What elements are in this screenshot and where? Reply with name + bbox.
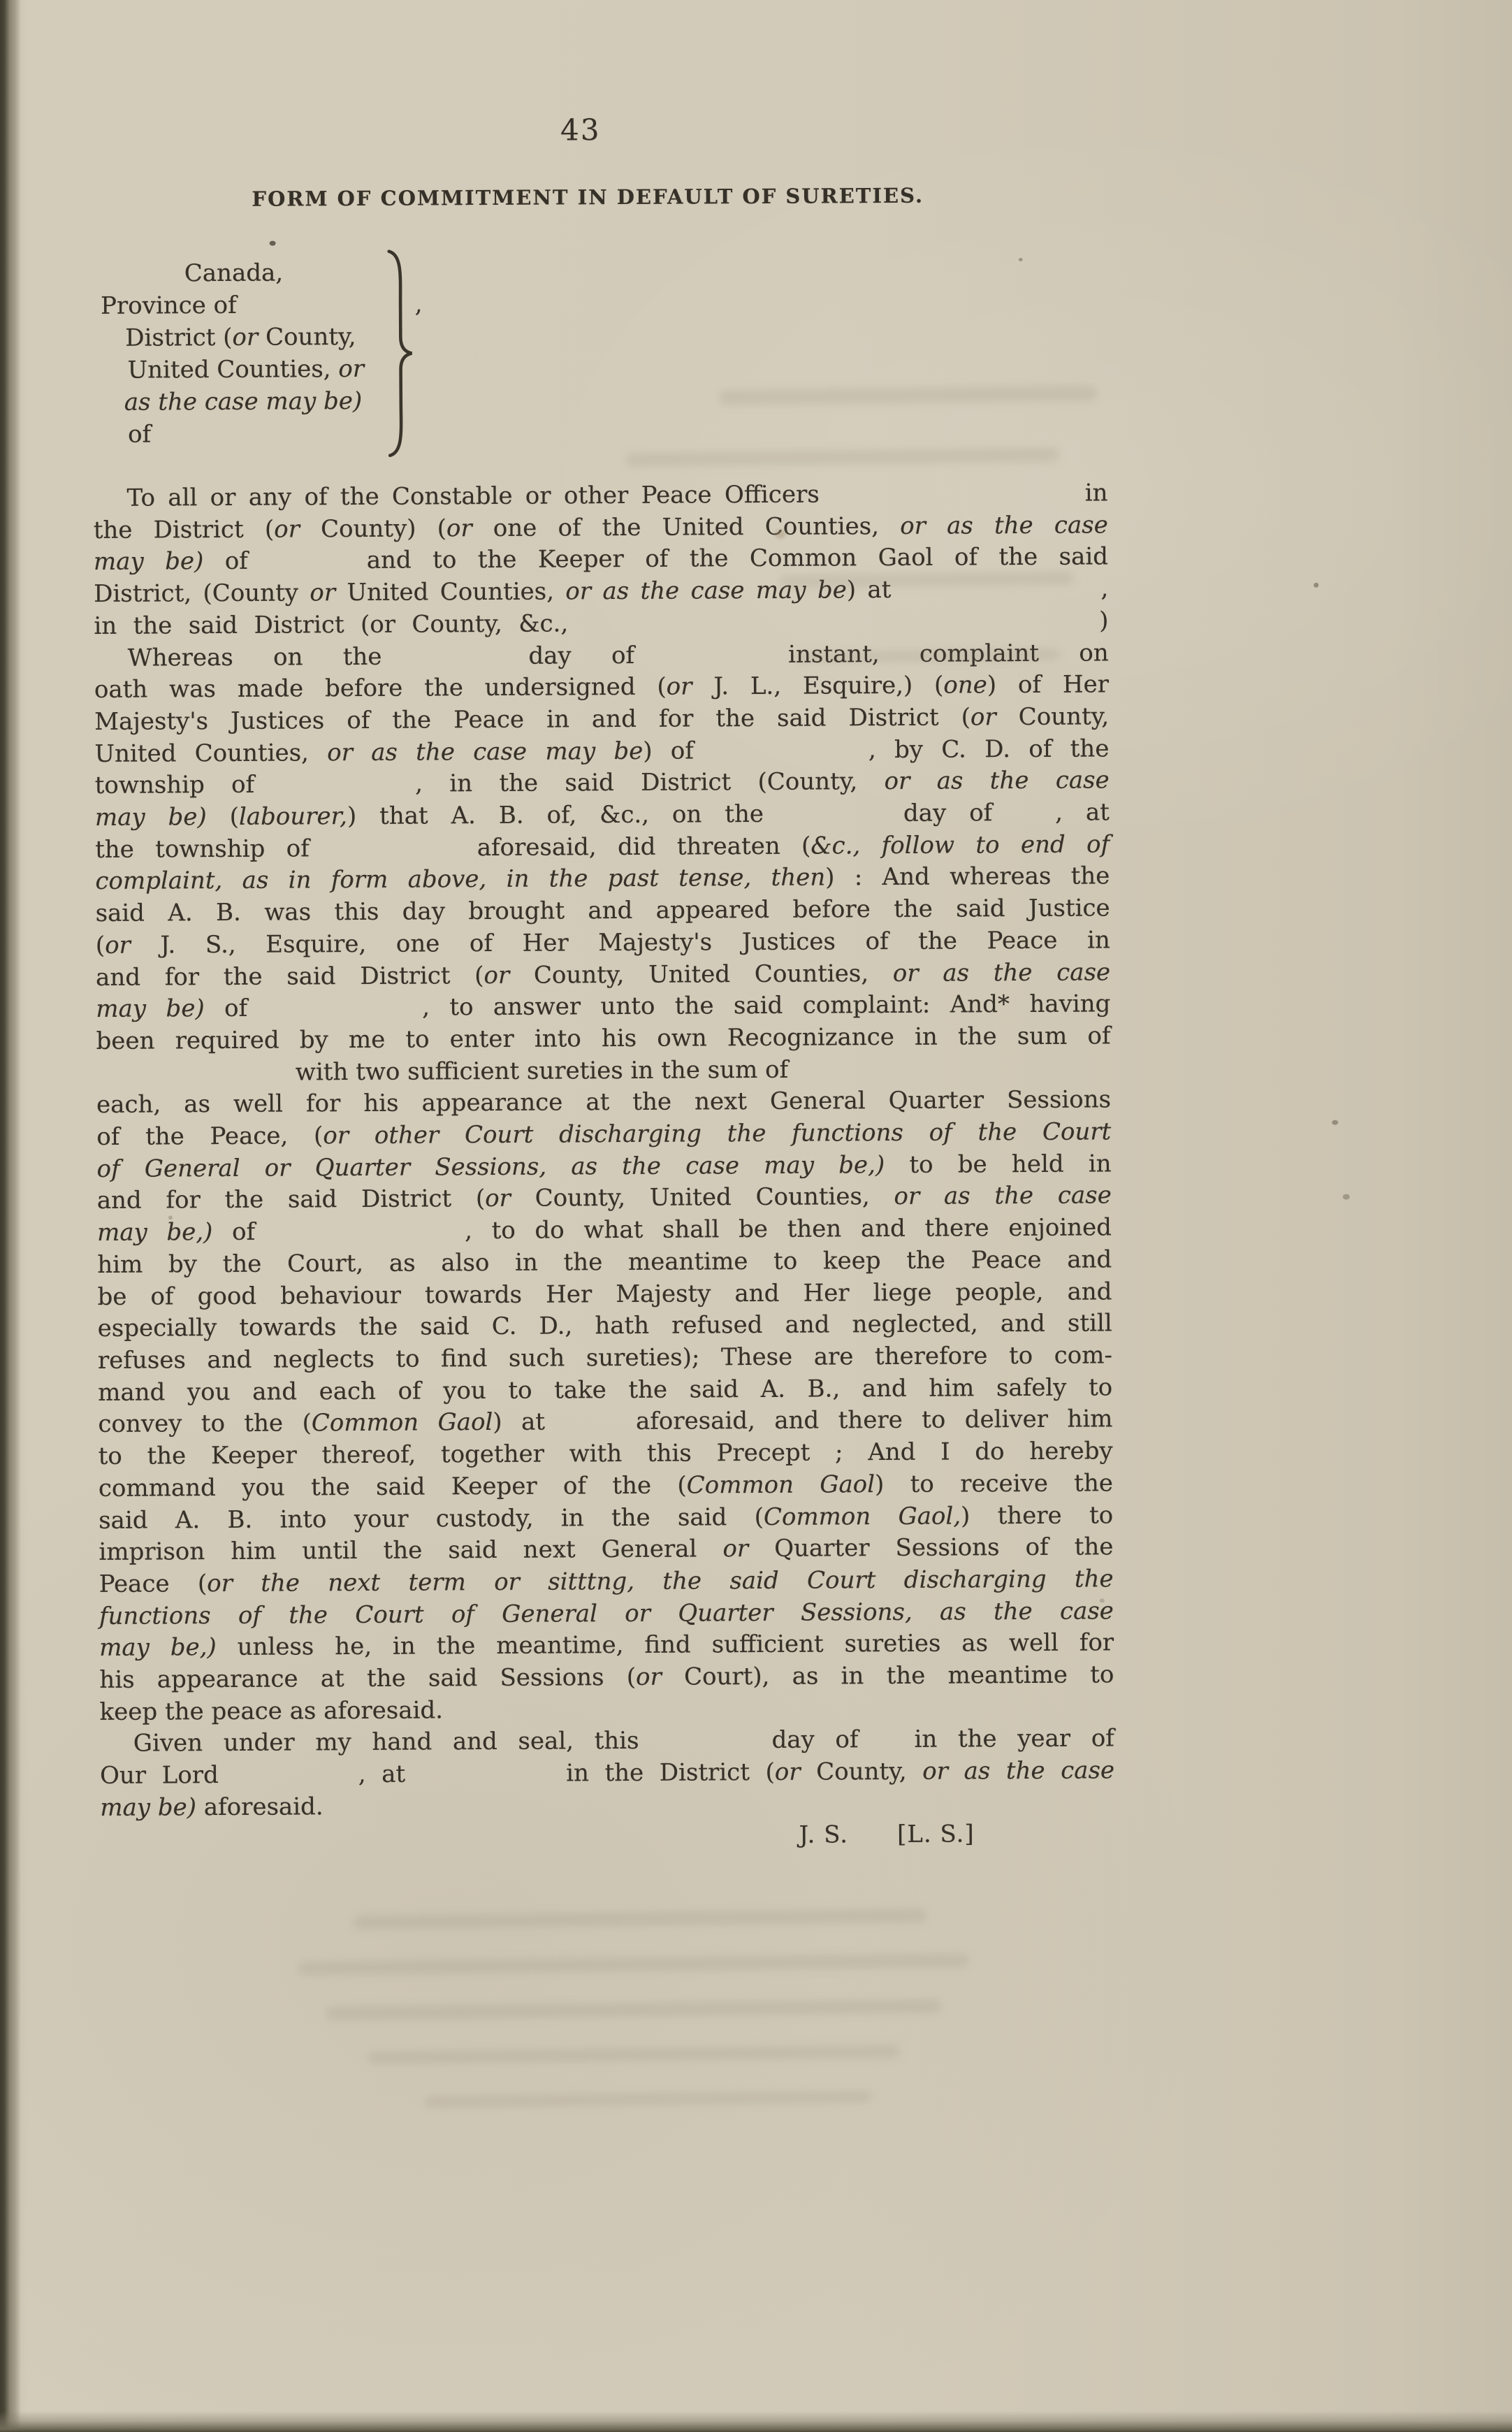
form-line: especially towards the said C. D., hath … (98, 1308, 1112, 1345)
form-title: FORM OF COMMITMENT IN DEFAULT OF SURETIE… (78, 182, 1098, 212)
paper-speck (1343, 1194, 1350, 1200)
italic-text-run: or other Court discharging the functions… (323, 1117, 1111, 1150)
blank-fill-space (382, 663, 529, 664)
text-run: District, (County (94, 579, 310, 608)
text-run: ) (1099, 607, 1108, 635)
italic-text-run: or (636, 1663, 662, 1691)
text-run: especially towards the said C. D., hath … (98, 1310, 1112, 1343)
text-run: been required by me to enter into his ow… (96, 1022, 1110, 1055)
signature-block: J. S.[L. S.] (100, 1809, 1114, 1855)
italic-text-run: or as the case (900, 511, 1108, 540)
form-line: him by the Court, as also in the meantim… (97, 1244, 1112, 1281)
text-run: each, as well for his appearance at the … (96, 1086, 1111, 1120)
text-run: County, (258, 323, 356, 352)
italic-text-run: or as the case (885, 767, 1110, 796)
form-line: imprison him until the said next General… (99, 1532, 1113, 1569)
bleed-through-smudge (368, 2045, 899, 2064)
text-run: , to answer unto the said complaint: And… (422, 990, 1110, 1022)
bleed-through-smudge (424, 2091, 871, 2108)
paper-speck (1314, 583, 1318, 588)
italic-text-run: Common Gaol (687, 1470, 875, 1499)
blank-fill-space (101, 410, 124, 410)
italic-text-run: or (722, 1535, 748, 1563)
text-run: County, United Counties, (509, 960, 893, 990)
italic-text-run: or (310, 579, 335, 607)
text-run: [L. S.] (897, 1820, 975, 1848)
text-run: day of (528, 641, 634, 669)
text-run: of (203, 547, 248, 575)
text-run: Peace ( (99, 1570, 208, 1598)
italic-text-run: may be) (96, 994, 205, 1023)
text-run: of (212, 1218, 255, 1246)
form-line: each, as well for his appearance at the … (96, 1085, 1111, 1122)
text-run: ) : And whereas the (825, 862, 1110, 892)
form-line: mand you and each of you to take the sai… (98, 1372, 1112, 1409)
italic-text-run: Common Gaol, (764, 1502, 961, 1530)
text-run: Court), as in the meantime to (662, 1660, 1114, 1691)
blank-fill-space (94, 665, 128, 665)
form-line: the District (or County) (or one of the … (94, 509, 1108, 547)
form-line: township of, in the said District (Count… (95, 765, 1110, 802)
blank-fill-space (992, 820, 1055, 820)
text-run: of (128, 421, 151, 449)
text-run: , in the said District (County, (415, 767, 885, 798)
text-run: aforesaid, and there to deliver him (636, 1405, 1113, 1436)
blank-fill-space (254, 791, 415, 792)
text-run: township of (95, 771, 255, 799)
text-run: ( (207, 803, 239, 831)
text-run: to be held in (885, 1150, 1112, 1179)
page-bottom-edge (0, 2411, 1512, 2432)
form-line: the township ofaforesaid, did threaten (… (95, 829, 1110, 866)
form-line: may be) (labourer,) that A. B. of, &c., … (95, 797, 1110, 834)
italic-text-run: labourer, (239, 802, 347, 831)
form-line: of General or Quarter Sessions, as the c… (96, 1148, 1111, 1185)
text-run: command you the said Keeper of the ( (99, 1471, 687, 1502)
blank-fill-space (694, 757, 868, 758)
form-line: Given under my hand and seal, thisday of… (100, 1723, 1114, 1760)
text-run: Canada, (184, 259, 284, 288)
bleed-through-smudge (354, 1909, 926, 1930)
blank-fill-space (219, 1781, 358, 1783)
text-run: ( (96, 932, 105, 960)
blank-fill-space (255, 1238, 465, 1240)
blank-fill-space (859, 1746, 915, 1747)
paper-speck (1100, 1598, 1105, 1602)
text-run: Our Lord (100, 1761, 219, 1790)
form-line: command you the said Keeper of the (Comm… (99, 1468, 1113, 1505)
text-run: County, (800, 1758, 922, 1786)
text-run: and for the said District ( (97, 1185, 486, 1215)
text-run: ) there to (961, 1501, 1113, 1530)
italic-text-run: or (274, 515, 300, 543)
text-run: J. L., Esquire,) ( (692, 672, 943, 701)
text-run: of the Peace, ( (96, 1122, 323, 1151)
blank-fill-space (405, 1781, 566, 1782)
bleed-through-smudge (625, 448, 1059, 468)
form-line: said A. B. into your custody, in the sai… (99, 1500, 1113, 1537)
form-line: and for the said District (or County, Un… (96, 957, 1110, 994)
text-run: County, (996, 702, 1110, 731)
blank-fill-space (639, 1747, 772, 1749)
text-run: oath was made before the undersigned ( (94, 673, 667, 704)
italic-text-run: may be,) (97, 1218, 213, 1247)
form-line: functions of the Court of General or Qua… (99, 1595, 1114, 1633)
blank-fill-space (310, 855, 477, 856)
text-run: in (1085, 479, 1108, 507)
form-line: To all or any of the Constable or other … (93, 477, 1107, 514)
form-line: Peace (or the next term or sitttng, the … (99, 1563, 1114, 1600)
text-run: said A. B. was this day brought and appe… (96, 894, 1110, 927)
italic-text-run: or (971, 703, 996, 731)
form-line: convey to the (Common Gaol) ataforesaid,… (98, 1404, 1112, 1441)
text-run: ) at (493, 1408, 545, 1436)
text-run: one of the United Counties, (472, 512, 901, 542)
italic-text-run: complaint, as in form above, in the past… (95, 864, 825, 895)
form-line: and for the said District (or County, Un… (97, 1180, 1112, 1217)
form-line: said A. B. was this day brought and appe… (96, 892, 1110, 929)
blank-fill-space (101, 345, 125, 346)
italic-text-run: or (484, 961, 509, 989)
text-run: day of (771, 1726, 858, 1755)
page-content: 43 FORM OF COMMITMENT IN DEFAULT OF SURE… (0, 0, 1512, 2432)
text-run: To all or any of the Constable or other … (126, 481, 819, 512)
text-run: and for the said District ( (96, 962, 484, 992)
text-run: day of (903, 799, 992, 827)
scanned-book-page: 43 FORM OF COMMITMENT IN DEFAULT OF SURE… (0, 0, 1512, 2432)
form-line: in the said District (or County, &c.,) (94, 605, 1108, 642)
blank-fill-space (94, 505, 127, 506)
text-run: him by the Court, as also in the meantim… (97, 1245, 1112, 1279)
italic-text-run: as the case may be) (124, 387, 363, 417)
text-run: in the said District (or County, &c., (94, 609, 568, 640)
form-line: his appearance at the said Sessions (or … (99, 1659, 1114, 1696)
text-run: Whereas on the (128, 642, 382, 672)
bleed-through-smudge (298, 1953, 968, 1976)
text-run: aforesaid, did threaten ( (477, 832, 811, 862)
bleed-through-smudge (720, 386, 1097, 406)
text-run: Quarter Sessions of the (748, 1533, 1113, 1563)
text-run: imprison him until the said next General (99, 1535, 722, 1566)
italic-text-run: or (338, 355, 364, 383)
italic-text-run: or (485, 1185, 511, 1213)
blank-fill-space (634, 661, 788, 663)
text-run: ) of (643, 737, 694, 765)
form-line: complaint, as in form above, in the past… (95, 861, 1110, 898)
blank-fill-space (101, 377, 128, 378)
text-run: the District ( (94, 515, 275, 544)
text-run: ) that A. B. of, &c., on the (347, 800, 764, 830)
form-line: to the Keeper thereof, together with thi… (99, 1435, 1113, 1472)
italic-text-run: or as the case (922, 1756, 1114, 1785)
text-run: ) to receive the (875, 1469, 1113, 1498)
form-body: To all or any of the Constable or other … (93, 477, 1114, 1824)
text-run: J. S. (799, 1821, 848, 1848)
text-run: to the Keeper thereof, together with thi… (99, 1437, 1113, 1470)
blank-fill-space (820, 500, 1085, 502)
blank-fill-space (247, 1015, 422, 1016)
form-line: keep the peace as aforesaid. (99, 1691, 1114, 1728)
page-number: 43 (525, 113, 637, 147)
italic-text-run: of General or Quarter Sessions, as the c… (96, 1151, 885, 1183)
form-line: refuses and neglects to find such sureti… (98, 1340, 1112, 1377)
paper-stain (775, 530, 786, 539)
text-run: United Counties, (335, 578, 566, 607)
form-line: Our Lord, atin the District (or County, … (100, 1755, 1114, 1792)
text-run: County) ( (300, 514, 446, 543)
form-line: may be,) unless he, in the meantime, fin… (99, 1628, 1114, 1665)
text-run: his appearance at the said Sessions ( (99, 1663, 636, 1694)
form-line: been required by me to enter into his ow… (96, 1020, 1110, 1057)
curly-brace-glyph (377, 248, 419, 462)
italic-text-run: or (775, 1758, 801, 1786)
text-run: Majesty's Justices of the Peace in and f… (94, 703, 971, 736)
book-gutter-edge (0, 0, 21, 2432)
text-run: refuses and neglects to find such sureti… (98, 1341, 1112, 1375)
text-run: , to do what shall be then and there enj… (465, 1214, 1112, 1245)
paper-speck (1019, 258, 1023, 261)
blank-fill-space (101, 280, 184, 282)
text-run: said A. B. into your custody, in the sai… (99, 1503, 764, 1534)
blank-fill-space (100, 1751, 133, 1751)
form-line: be of good behaviour towards Her Majesty… (97, 1276, 1112, 1313)
italic-text-run: Common Gaol (312, 1408, 493, 1437)
blank-fill-space (101, 442, 128, 442)
text-run: mand you and each of you to take the sai… (98, 1373, 1112, 1407)
italic-text-run: or as the case (893, 958, 1110, 987)
blank-fill-space (248, 567, 367, 569)
text-run: Given under my hand and seal, this (133, 1727, 639, 1758)
form-line: Majesty's Justices of the Peace in and f… (94, 701, 1109, 738)
form-line: may be,) of, to do what shall be then an… (97, 1213, 1112, 1250)
italic-text-run: &c., follow to end of (810, 830, 1110, 860)
text-run: United Counties, (94, 739, 327, 768)
blank-fill-space (764, 820, 903, 822)
text-run: convey to the ( (98, 1410, 312, 1439)
blank-fill-space (891, 596, 1100, 598)
form-line: may be) of, to answer unto the said comp… (96, 989, 1110, 1026)
blank-fill-space (101, 1842, 799, 1846)
signature-line: J. S.[L. S.] (100, 1818, 1114, 1855)
text-run: of (205, 994, 248, 1022)
text-run: in the District ( (566, 1758, 775, 1788)
text-run: ) of Her (987, 671, 1109, 700)
paper-speck (1332, 1120, 1338, 1125)
blank-fill-space (568, 628, 1099, 631)
text-run: , by C. D. of the (868, 734, 1110, 764)
italic-text-run: or (446, 514, 472, 542)
text-run: keep the peace as aforesaid. (100, 1696, 444, 1726)
italic-text-run: functions of the Court of General or Qua… (99, 1597, 1114, 1630)
text-run: J. S., Esquire, one of Her Majesty's Jus… (131, 926, 1110, 959)
blank-fill-space (96, 1079, 296, 1080)
text-run: , at (358, 1760, 406, 1788)
text-run: in the year of (914, 1725, 1114, 1753)
form-line: oath was made before the undersigned (or… (94, 669, 1109, 707)
ink-speck (270, 241, 276, 246)
text-run: District ( (125, 324, 232, 352)
text-run: with two sufficient sureties in the sum … (296, 1055, 789, 1086)
italic-text-run: or (667, 673, 692, 701)
form-line: (or J. S., Esquire, one of Her Majesty's… (96, 925, 1110, 962)
italic-text-run: or the next term or sitttng, the said Co… (207, 1565, 1114, 1598)
italic-text-run: or (105, 932, 131, 960)
text-run: be of good behaviour towards Her Majesty… (97, 1277, 1112, 1311)
italic-text-run: may be) (94, 548, 204, 577)
italic-text-run: one (943, 671, 987, 699)
form-line: of the Peace, (or other Court dischargin… (96, 1116, 1111, 1153)
italic-text-run: may be) (95, 803, 207, 832)
text-run: and to the Keeper of the Common Gaol of … (367, 543, 1108, 575)
italic-text-run: or as the case may be (327, 737, 643, 766)
italic-text-run: may be,) (99, 1633, 217, 1662)
paper-speck (168, 1215, 173, 1219)
text-run: the township of (95, 834, 310, 864)
text-run: , at (1055, 798, 1110, 826)
text-run: Province of (101, 291, 237, 320)
blank-fill-space (545, 1428, 636, 1430)
italic-text-run: or as the case (894, 1182, 1111, 1211)
form-line: United Counties, or as the case may be) … (94, 733, 1109, 770)
text-run: United Counties, (127, 355, 338, 384)
form-line: with two sufficient sureties in the sum … (96, 1052, 1111, 1090)
italic-text-run: or (232, 324, 258, 352)
text-run: , (1100, 574, 1108, 602)
blank-fill-space (848, 1841, 897, 1842)
text-run: unless he, in the meantime, find suffici… (217, 1629, 1114, 1662)
text-run: County, United Counties, (511, 1182, 894, 1213)
bleed-through-smudge (326, 1999, 941, 2021)
